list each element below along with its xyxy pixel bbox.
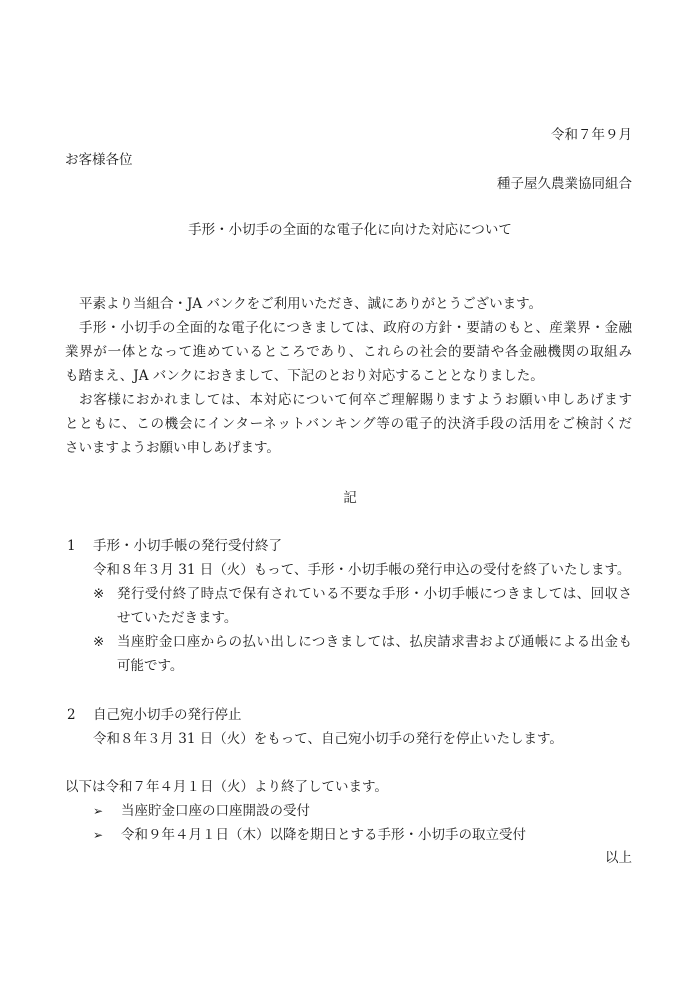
ki-heading: 記 bbox=[0, 489, 700, 507]
note-mark: ※ bbox=[93, 585, 104, 603]
body-line-2: 手形・小切手の全面的な電子化につきましては、政府の方針・要請のもと、産業界・金融 bbox=[79, 319, 632, 337]
document-date: 令和７年９月 bbox=[551, 126, 632, 144]
ended-intro: 以下は令和７年４月１日（火）より終了しています。 bbox=[65, 778, 388, 796]
ended-item-2: 令和９年４月１日（木）以降を期日とする手形・小切手の取立受付 bbox=[121, 826, 526, 844]
recipient: お客様各位 bbox=[65, 151, 133, 169]
item-1-heading: 手形・小切手帳の発行受付終了 bbox=[93, 537, 282, 555]
body-line-1: 平素より当組合・JA バンクをご利用いただき、誠にありがとうございます。 bbox=[79, 295, 542, 313]
body-line-6: とともに、この機会にインターネットバンキング等の電子的決済手段の活用をご検討くだ bbox=[65, 415, 632, 433]
item-2-number: 2 bbox=[67, 706, 76, 724]
item-2-heading: 自己宛小切手の発行停止 bbox=[93, 706, 242, 724]
note-mark: ※ bbox=[93, 633, 104, 651]
arrow-bullet-icon: ➢ bbox=[93, 826, 103, 844]
item-1-number: 1 bbox=[67, 537, 76, 555]
body-line-4: も踏まえ、JA バンクにおきまして、下記のとおり対応することとなりました。 bbox=[65, 367, 544, 385]
item-1-text: 令和８年３月 31 日（火）もって、手形・小切手帳の発行申込の受付を終了いたしま… bbox=[93, 561, 630, 579]
body-line-3: 業界が一体となって進めているところであり、これらの社会的要請や各金融機関の取組み bbox=[65, 343, 632, 361]
item-1-note-1-line-1: 発行受付終了時点で保有されている不要な手形・小切手帳につきましては、回収さ bbox=[117, 585, 632, 603]
ended-item-1: 当座貯金口座の口座開設の受付 bbox=[121, 802, 310, 820]
body-line-7: さいますようお願い申しあげます。 bbox=[65, 439, 280, 457]
item-1-note-1-line-2: せていただきます。 bbox=[117, 609, 237, 627]
item-1-note-2-line-1: 当座貯金口座からの払い出しにつきましては、払戻請求書および通帳による出金も bbox=[117, 633, 632, 651]
document-title: 手形・小切手の全面的な電子化に向けた対応について bbox=[0, 221, 700, 239]
body-line-5: お客様におかれましては、本対応について何卒ご理解賜りますようお願い申しあげます bbox=[79, 391, 632, 409]
item-2-text: 令和８年３月 31 日（火）をもって、自己宛小切手の発行を停止いたします。 bbox=[93, 730, 563, 748]
sender-organization: 種子屋久農業協同組合 bbox=[497, 175, 632, 193]
item-1-note-2-line-2: 可能です。 bbox=[117, 657, 183, 675]
arrow-bullet-icon: ➢ bbox=[93, 802, 103, 820]
document-page: 令和７年９月 お客様各位 種子屋久農業協同組合 手形・小切手の全面的な電子化に向… bbox=[0, 0, 700, 990]
closing-ijou: 以上 bbox=[605, 849, 632, 867]
